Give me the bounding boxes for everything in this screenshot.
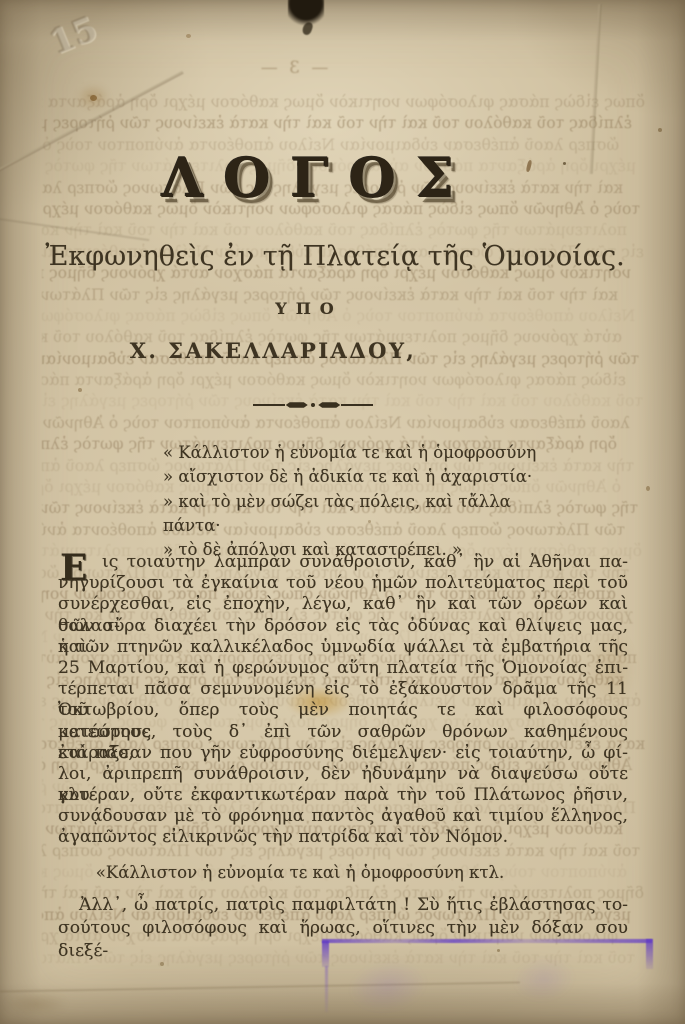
- bleedthrough-line: εἰδὼς πάσας φιλοσόφων νοητικὸν ὅμως καθό…: [42, 370, 645, 391]
- stamp-drip-right: [646, 939, 653, 969]
- body-line: νηγυρίζουσι τὰ ἐγκαίνια τοῦ νέου ἡμῶν πο…: [58, 573, 628, 594]
- bleedthrough-line: ἐλπίδας τοῦ καθόλου τοῦ καὶ τὴν τοῦ καὶ …: [42, 113, 645, 134]
- body-line: Ἀλλ᾽, ὦ πατρίς, πατρὶς παμφιλτάτη ! Σὺ ἥ…: [58, 894, 628, 917]
- fox-speck: [497, 949, 500, 952]
- fox-speck: [658, 128, 662, 132]
- stamp-faded-ghost: [344, 953, 432, 1018]
- body-line: καὶ πᾶσαν που γῆν εὐφροσύνης διέμελψεν· …: [58, 743, 628, 764]
- epigraph-line: » αἴσχιστον δὲ ἡ ἀδικία τε καὶ ἡ ἀχαριστ…: [163, 465, 563, 489]
- rule-diamond-left: [286, 402, 308, 408]
- body-line: συνᾴδουσαν μὲ τὸ φρόνημα παντὸς ἀγαθοῦ κ…: [58, 806, 628, 827]
- rule-bar-right: [341, 404, 373, 406]
- pencil-mark: 15: [44, 9, 103, 64]
- crease-bottom: [0, 981, 520, 992]
- body-paragraph-1: ις τοιαύτην λαμπρὰν συνάθροισιν, καθ᾽ ἣν…: [58, 552, 628, 849]
- body-line: κατέστησε, τοὺς δ᾽ ἐπὶ τῶν σαθρῶν θρόνων…: [58, 722, 628, 743]
- body-line: ἀγαπῶντος εἰλικρινῶς τὴν πατρίδα καὶ τὸν…: [58, 827, 628, 848]
- fox-speck: [563, 162, 566, 165]
- author-name: Χ. ΣΑΚΕΛΛΑΡΙΑΔΟΥ,: [33, 338, 513, 363]
- stamp-drip-left-trace: [325, 966, 328, 1012]
- stamp-line: [322, 939, 652, 943]
- body-line: λοι, ἀριπρεπῆ συνάθροισιν, δὲν ἠδυνάμην …: [58, 764, 628, 785]
- body-line: ις τοιαύτην λαμπρὰν συνάθροισιν, καθ᾽ ἣν…: [58, 552, 628, 573]
- stamp-drip-left: [322, 941, 329, 967]
- rule-bar-left: [253, 404, 285, 406]
- epigraph-line: « Κάλλιστον ἡ εὐνομία τε καὶ ἡ ὁμοφροσύν…: [163, 441, 563, 465]
- body-line: σούτους φιλοσόφους καὶ ἥρωας, οἵτινες τὴ…: [58, 917, 628, 940]
- body-line: ἡ τῶν πτηνῶν καλλικέλαδος ὑμνῳδία ψάλλει…: [58, 637, 628, 658]
- body-line: 25 Μαρτίου, καὶ ἡ φερώνυμος αὕτη πλατεία…: [58, 658, 628, 679]
- bleedthrough-page-number: — 3 —: [228, 58, 358, 78]
- fox-speck: [646, 486, 650, 491]
- epigraph-line: » καὶ τὸ μὲν σώζει τὰς πόλεις, καὶ τἄλλα…: [163, 490, 563, 539]
- body-line: συνέρχεσθαι, εἰς ἐποχὴν, λέγω, καθ᾽ ἣν κ…: [58, 594, 628, 615]
- ornamental-rule: [253, 399, 373, 411]
- inline-quote-line: «Κάλλιστον ἡ εὐνομία τε καὶ ἡ ὁμοφροσύνη…: [60, 863, 540, 882]
- epigraph-quote: « Κάλλιστον ἡ εὐνομία τε καὶ ἡ ὁμοφροσύν…: [163, 441, 563, 562]
- body-line: Ὀκτωβρίου, ὅπερ τοὺς μὲν ποιητάς τε καὶ …: [58, 700, 628, 721]
- body-line: σῶν αὔρα διαχέει τὴν δρόσον εἰς τὰς ὀδύν…: [58, 616, 628, 637]
- document-subtitle: Ἐκφωνηθεὶς ἐν τῇ Πλατείᾳ τῆς Ὁμονοίας.: [45, 240, 625, 274]
- byline-preposition: ΥΠΟ: [60, 299, 549, 318]
- fox-speck: [90, 95, 97, 101]
- body-paragraph-2: Ἀλλ᾽, ὦ πατρίς, πατρὶς παμφιλτάτη ! Σὺ ἥ…: [58, 894, 628, 940]
- bleedthrough-line: ὅπως εἰδὼς πάσας φιλοσόφων νοητικὸν ὅμως…: [42, 92, 645, 113]
- stain-bottom-left: [4, 992, 68, 1016]
- fox-speck: [160, 962, 164, 966]
- fox-speck: [78, 388, 82, 392]
- scanned-pamphlet-page: ὅπως εἰδὼς πάσας φιλοσόφων νοητικὸν ὅμως…: [0, 0, 685, 1024]
- body-line: κυτέραν, οὔτε ἐκφαντικωτέραν παρὰ τὴν το…: [58, 785, 628, 806]
- crease-right-vertical: [590, 4, 601, 174]
- rule-diamond-right: [318, 402, 340, 408]
- crease-mid-left: [0, 217, 149, 241]
- bleedthrough-line: λαοῦ ἀπέθεσαν εὐδαιμονίαν Νείλου ἀποθέον…: [42, 413, 645, 434]
- body-line: τέρπεται πᾶσα σεμνυνομένη εἰς τὸ ἐξάκουσ…: [58, 679, 628, 700]
- stamp-faded-ghost: [509, 952, 579, 1006]
- document-title: ΛΟΓΟΣ: [60, 146, 558, 210]
- fox-speck: [186, 34, 191, 38]
- rule-dot: [311, 403, 316, 408]
